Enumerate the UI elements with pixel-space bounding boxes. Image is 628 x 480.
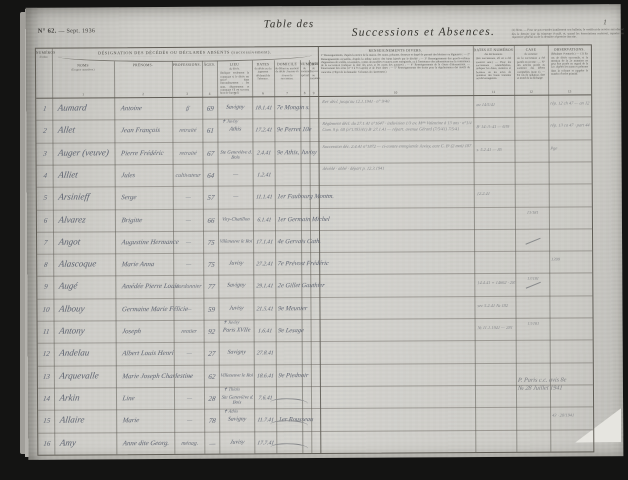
column-number: 3 (172, 92, 202, 96)
cell-bur: 9e Athis, Juvisy (277, 149, 302, 156)
cell-age: 77 (203, 283, 219, 291)
cell-lieu: Juvisy (218, 306, 254, 311)
cell-ord: 4 (37, 172, 54, 180)
column-number: 2 (114, 92, 172, 96)
column-header-prof: PROFESSIONS.3 (172, 61, 202, 97)
column-subtitle: du décès ou du jugement déclaratif de l'… (252, 68, 274, 81)
column-title: CASE (514, 48, 548, 52)
cell-decl: Bʳ 14–3–41 — 639 (476, 124, 514, 129)
cell-lieu: ✝ Juvisy (223, 319, 255, 325)
cell-pren: Marie Anna (121, 261, 174, 268)
cell-age: 67 (203, 149, 219, 157)
cell-ord: 15 (38, 417, 55, 425)
column-subtitle: des déclarations (473, 53, 514, 56)
cell-kase: P. Paris c.c. avis 8e (518, 376, 551, 383)
cell-lieu: ✝ Juvisy (221, 119, 253, 125)
column-title: NUMÉROS (36, 51, 52, 55)
cell-lieu: Paris XVIIe (219, 328, 255, 333)
cell-prof: retraité (173, 150, 204, 156)
column-subtitle: d'ordre. (36, 56, 52, 59)
cell-ord: 12 (38, 350, 55, 358)
cell-prof: cordonnier (173, 284, 204, 290)
cell-kase: 13/181 (527, 276, 549, 281)
cell-prof: cultivateur (173, 173, 204, 179)
cell-date: 2.4.41 (253, 150, 276, 156)
column-title: DATES ET NUMÉROS (473, 48, 514, 52)
cell-nom: Andelau (59, 348, 117, 358)
cell-ord: 13 (38, 372, 55, 380)
cell-pren: Antoine (120, 105, 173, 112)
cell-date: 1.2.41 (253, 172, 276, 178)
column-title: LIEU (217, 62, 252, 66)
cell-lieu: Juvisy (218, 262, 254, 267)
cell-lieu: Villeneuve le Roi (218, 239, 254, 244)
cell-prof: — (174, 351, 205, 357)
cell-age: 78 (204, 417, 220, 425)
cell-date: 6.1.41 (253, 217, 276, 223)
cell-obs: Pge (550, 145, 591, 150)
column-instructions: où la succession a été portée en recette… (514, 57, 548, 80)
cell-nom: Arquevalle (59, 370, 117, 380)
cell-bur: 2e Gillet Gauthier (277, 283, 302, 290)
column-number: 11 (473, 90, 514, 94)
cell-age: 62 (204, 372, 220, 380)
cell-age: — (204, 439, 220, 447)
column-header-ord: NUMÉROSd'ordre. (36, 49, 52, 98)
column-title: NOMS (52, 63, 114, 68)
cell-date: 18.6.41 (254, 373, 277, 379)
table-row (38, 429, 593, 455)
cell-decl: 12.2.41 (477, 191, 515, 196)
cell-lieu: ✝ Thiais (223, 386, 255, 392)
column-number: 7 (274, 91, 300, 95)
register-table: DÉSIGNATION DES DÉCÉDÉS OU DÉCLARÉS ABSE… (35, 44, 594, 455)
cell-bur: 7e Prévost Frédéric (277, 260, 302, 267)
cell-lieu: Ste Geneviève d. Bois (218, 150, 254, 160)
column-subtitle: de l'envoi au sommier. (309, 67, 318, 80)
cell-ord: 10 (37, 305, 54, 313)
cell-date: 29.1.41 (253, 284, 276, 290)
column-header-lieu: LIEUdu décès.(Indiquer seulement la comm… (217, 60, 252, 96)
page-title-left: Table des (264, 18, 315, 30)
cell-prof: ménag. (174, 440, 205, 446)
form-date: — Sept. 1936 (58, 28, 95, 34)
cell-decl: s. 5.2.41 — 85 (476, 146, 514, 151)
cell-kase: 13/181 (527, 321, 549, 326)
cell-prof: — (173, 217, 204, 223)
column-number: 5 (217, 91, 252, 95)
column-header-decl: DATES ET NUMÉROSdes déclarations(des suc… (473, 46, 514, 95)
column-header-age: ÂGES.4 (202, 61, 217, 97)
cell-date: 17.1.41 (253, 239, 276, 245)
cell-lieu: Viry-Chatillon (218, 217, 254, 222)
cell-nom: Augé (58, 281, 116, 291)
cell-nom: Alascoque (58, 258, 116, 268)
cell-prof: retraité (172, 128, 203, 134)
cell-nom: Auger (veuve) (58, 147, 116, 157)
cell-age: 57 (203, 194, 219, 202)
column-number: 6 (252, 91, 274, 95)
cell-nom: Allet (57, 125, 115, 135)
cell-nom: Angot (58, 236, 116, 246)
cell-prof: — (173, 306, 204, 312)
cell-ord: 11 (38, 328, 55, 336)
cell-ord: 8 (37, 261, 54, 269)
cell-rens: décédé · abbé · départ p. 12.3.1941 (322, 165, 471, 171)
cell-nom: Arsinieff (58, 191, 116, 201)
cell-lieu: Athis (217, 128, 253, 133)
cell-obs: rép. 12 ch 47 — an 12 (550, 100, 591, 105)
printed-nota: (1) Nota. — Pour ne pas retarder inutile… (512, 28, 624, 39)
cell-age: 92 (204, 328, 220, 336)
cell-bur: 1er Faubourg Montm. (277, 193, 302, 200)
cell-nom: Albouy (58, 303, 116, 313)
cell-bur: 9e Lesage (278, 327, 303, 334)
cell-pren: Line (122, 395, 175, 402)
cell-prof: — (173, 195, 204, 201)
cell-decl: au 14/5/41 (476, 102, 514, 107)
column-number: 8 (300, 91, 309, 95)
column-title: DOMICILE (274, 62, 300, 66)
column-number: 1 (52, 92, 114, 96)
column-number: 12 (514, 90, 548, 94)
cell-date: 11.1.41 (253, 194, 276, 200)
cell-ord: 1 (36, 105, 53, 113)
cell-pren: Brigitte (121, 216, 174, 223)
column-title: PROFESSIONS. (172, 63, 202, 67)
cell-nom: Alliet (58, 169, 116, 179)
cell-lieu: Villeneuve le Roi (219, 373, 255, 378)
cell-decl: № 11.1.1941 — 281 (477, 325, 515, 330)
column-title: OBSERVATIONS. (548, 47, 591, 51)
cell-rens: Succession déc. 2.4.41 n°1872 — ci-contr… (322, 143, 471, 149)
cell-ord: 3 (37, 149, 54, 157)
column-instructions: (Résultats éventuels.) — (1) En cas de d… (548, 53, 591, 76)
cell-nom: Aumard (57, 102, 115, 112)
cell-nom: Amy (59, 437, 117, 447)
form-reference: N° 62. — Sept. 1936 (38, 27, 95, 34)
cell-rens: Retʳ décl. jusqu'au 12.1.1941 · n° 9/40 (322, 98, 471, 104)
column-title: PRÉNOMS. (114, 63, 172, 68)
column-number: 13 (548, 89, 591, 93)
cell-lieu: Juvisy (219, 440, 255, 445)
column-subtitle: (En gros caractères.) (52, 68, 114, 72)
cell-prof: — (174, 418, 205, 424)
cell-lieu: Ste Geneviève d. Bois (219, 395, 255, 405)
cell-bur: 9e Meunier (277, 305, 302, 312)
cell-date: 21.5.41 (253, 306, 276, 312)
cell-age: 61 (202, 127, 218, 135)
cell-prof: — (174, 396, 205, 402)
column-header-bur: DOMICILEdu défunt au moment du décès ; b… (274, 60, 300, 96)
register-page: N° 62. — Sept. 1936 Table des Succession… (26, 4, 624, 460)
cell-lieu: ✝ Athis (223, 409, 255, 415)
cell-lieu: Savigny (219, 351, 255, 356)
cell-pren: Augustine Hermance (121, 239, 174, 246)
cell-date: 17.2.41 (252, 128, 275, 134)
cell-ord: 5 (37, 194, 54, 202)
column-number: 9 (309, 91, 318, 95)
cell-nom: Allaire (59, 414, 117, 424)
cell-lieu: Savigny (219, 418, 255, 423)
column-subtitle: du sommier spécial. (300, 67, 309, 77)
cell-bur: 4e Gervais Cath. (277, 238, 302, 245)
cell-bur: 1er Germain Michel (277, 216, 302, 223)
column-subtitle: du décès. (217, 68, 252, 71)
column-title: NUMÉRO (300, 62, 309, 66)
cell-pren: Serge (121, 194, 174, 201)
cell-ord: 9 (37, 283, 54, 291)
column-header-n2: DATEde l'envoi au sommier.9 (309, 60, 318, 96)
cell-pren: Pierre Frédéric (121, 150, 174, 157)
column-header-kase: CASEdu sommieroù la succession a été por… (514, 46, 548, 95)
cell-ord: 16 (38, 439, 55, 447)
cell-pren: Joseph (122, 328, 175, 335)
cell-bur: 7e Mongin s. (276, 104, 301, 111)
column-title: DATE (309, 62, 318, 66)
cell-nom: Antony (59, 325, 117, 335)
column-subtitle: du défunt au moment du décès ; bureau où… (274, 67, 300, 80)
cell-age: 75 (203, 238, 219, 246)
column-header-nom: NOMS(En gros caractères.)1 (52, 61, 114, 97)
column-header-n1: NUMÉROdu sommier spécial.8 (300, 60, 309, 96)
column-header-obs: OBSERVATIONS.(Résultats éventuels.) — (1… (548, 45, 591, 94)
cell-kase: 13/181 (527, 209, 549, 214)
column-header-rens: RENSEIGNEMENTS DIVERS.1° Renseignements,… (318, 46, 473, 96)
cell-pren: Amédée Pierre Louis (121, 283, 174, 290)
cell-nom: Arkin (59, 392, 117, 402)
column-header-date: DATESdu décès ou du jugement déclaratif … (252, 60, 274, 96)
page-title-right: Successions et Absences. (352, 26, 495, 39)
cell-age: 59 (203, 305, 219, 313)
form-number: N° 62. (38, 28, 57, 35)
cell-age: 69 (202, 105, 218, 113)
cell-date: 27.2.41 (253, 261, 276, 267)
cell-age: 28 (204, 395, 220, 403)
cell-decl: sec 5.2.41 № 182 (477, 303, 515, 308)
cell-decl: 14.4.41 = 14662 · 285 (477, 280, 515, 285)
cell-ord: 6 (37, 216, 54, 224)
cell-age: 27 (204, 350, 220, 358)
cell-age: 75 (203, 261, 219, 269)
cell-age: 64 (203, 172, 219, 180)
cell-ord: 14 (38, 395, 55, 403)
cell-age: 66 (203, 216, 219, 224)
cell-lieu: — (218, 195, 254, 200)
cell-pren: Germaine Marie Félicie (121, 306, 174, 313)
column-number: 4 (202, 92, 217, 96)
cell-prof: rentier (174, 329, 205, 335)
column-instructions: 1° Renseignements, d'après la notice de … (318, 53, 473, 74)
cell-obs: 43 · 28/1941 (552, 413, 593, 418)
cell-obs: rép. 13 ca 47 · part 44 (550, 123, 591, 128)
cell-ord: 2 (36, 127, 53, 135)
cell-bur: 9e Piednoir (278, 372, 303, 379)
cell-ord: 7 (37, 238, 54, 246)
cell-lieu: Savigny (217, 105, 253, 110)
cell-date: 18.1.41 (252, 105, 275, 111)
cell-bur: 9e Perret 10e (276, 126, 301, 133)
cell-kase: № 28 Juillet 1941 (518, 384, 551, 391)
cell-pren: Anne dite Georg. (122, 439, 175, 446)
cell-date: 1.6.41 (254, 328, 277, 334)
cell-prof: — (174, 373, 205, 379)
cell-prof: — (173, 240, 204, 246)
cell-pren: Jules (121, 172, 174, 179)
column-subtitle: du sommier (514, 53, 548, 56)
cell-obs: 1399 (551, 256, 592, 261)
column-title: ÂGES. (202, 63, 217, 67)
cell-pren: Marie Joseph Charlestine (122, 373, 175, 380)
cell-pren: Marie (122, 417, 175, 424)
photo-stage: N° 62. — Sept. 1936 Table des Succession… (0, 0, 628, 480)
column-instructions: (des successions, s'il en a été souscrit… (473, 57, 514, 80)
page-number: 1 (603, 18, 607, 26)
cell-lieu: — (218, 172, 254, 177)
cell-pren: Jean François (120, 127, 173, 134)
cell-nom: Alvarez (58, 214, 116, 224)
column-header-pren: PRÉNOMS.2 (114, 61, 172, 97)
cell-date: 27.8.41 (254, 351, 277, 357)
column-title: DATES (252, 62, 274, 66)
cell-prof: — (173, 262, 204, 268)
cell-pren: Albert Louis Henri (122, 350, 175, 357)
cell-lieu: Savigny (218, 284, 254, 289)
cell-prof: fʄ (172, 106, 203, 112)
